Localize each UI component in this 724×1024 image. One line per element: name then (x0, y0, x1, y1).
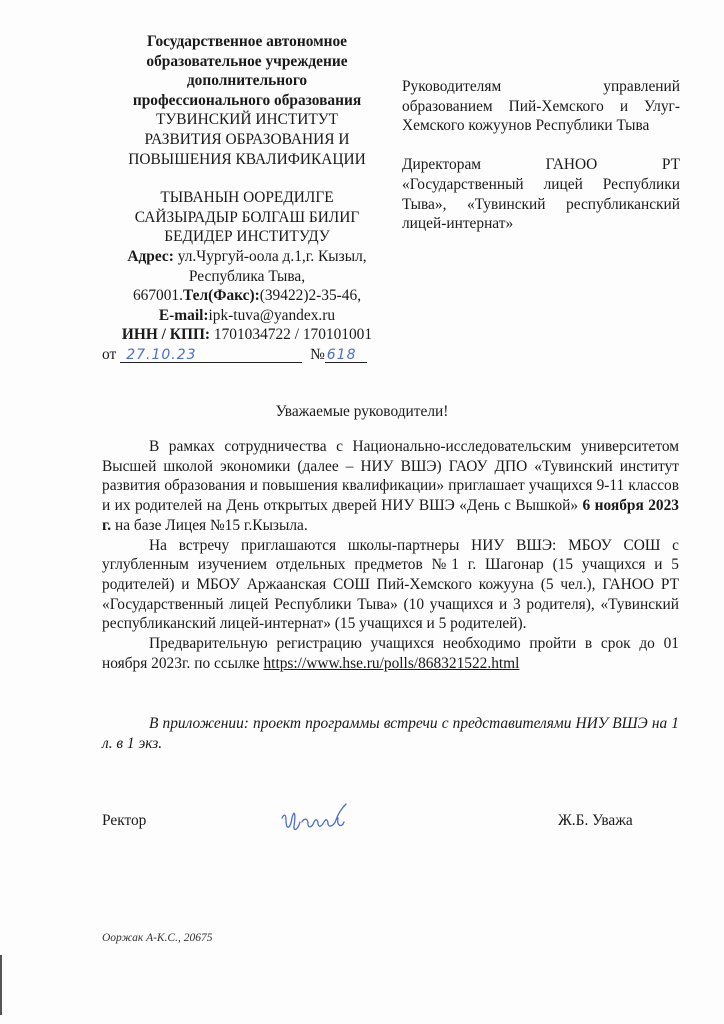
inn-label: ИНН / КПП: (122, 326, 210, 343)
recipient-2: Директорам ГАНОО РТ «Государственный лиц… (402, 155, 680, 233)
date-prefix: от (102, 346, 116, 363)
number-field: 618 (325, 345, 367, 363)
org-type-line: профессионального образования (102, 91, 392, 111)
recipient-2-rest: «Государственный лицей Республики Тыва»,… (402, 176, 680, 232)
paragraph-1: В рамках сотрудничества с Национально-ис… (102, 437, 679, 536)
address: Адрес: ул.Чургуй-оола д.1,г. Кызыл, (102, 247, 392, 267)
executor-note: Ооржак А-К.С., 20675 (102, 932, 212, 944)
org-name-line: ТУВИНСКИЙ ИНСТИТУТ (102, 110, 392, 130)
org-name-tuvan-line: ТЫВАНЫН ООРЕДИЛГЕ (102, 188, 392, 208)
registration-link[interactable]: https://www.hse.ru/polls/868321522.html (263, 655, 519, 672)
postcode: 667001. (133, 287, 183, 304)
phone: (39422)2-35-46, (260, 287, 361, 304)
org-type-line: образовательное учреждение (102, 52, 392, 72)
signer-name: Ж.Б. Уважа (558, 812, 633, 830)
recipients-block: Руководителям управлений образованием Пи… (402, 77, 680, 234)
scan-edge (0, 955, 2, 1015)
org-name-tuvan-line: САЙЗЫРАДЫР БОЛГАШ БИЛИГ (102, 208, 392, 228)
recipient-1: Руководителям управлений образованием Пи… (402, 77, 680, 136)
inn-line: ИНН / КПП: 1701034722 / 170101001 (102, 325, 392, 345)
registration-line: от27.10.23 №618 (102, 345, 392, 365)
org-name-line: ПОВЫШЕНИЯ КВАЛИФИКАЦИИ (102, 150, 392, 170)
attachment-note: В приложении: проект программы встречи с… (102, 714, 679, 753)
email-line: E-mail:ipk-tuva@yandex.ru (102, 306, 392, 326)
number-prefix: № (310, 346, 325, 363)
phone-label: Тел(Факс): (183, 287, 260, 304)
letter-body: В рамках сотрудничества с Национально-ис… (102, 437, 679, 673)
org-type-line: Государственное автономное (102, 32, 392, 52)
address-line2: Республика Тыва, (102, 267, 392, 287)
recipient-1-first-line: Руководителям управлений (402, 77, 680, 97)
greeting: Уважаемые руководители! (0, 403, 724, 421)
date-field: 27.10.23 (120, 345, 302, 363)
org-name-line: РАЗВИТИЯ ОБРАЗОВАНИЯ И (102, 130, 392, 150)
email-label: E-mail: (159, 307, 209, 324)
inn-value: 1701034722 / 170101001 (210, 326, 372, 343)
handwritten-signature-icon (272, 800, 362, 840)
paragraph-2: На встречу приглашаются школы-партнеры Н… (102, 536, 679, 635)
recipient-2-first-line: Директорам ГАНОО РТ (402, 155, 680, 175)
sender-block: Государственное автономное образовательн… (102, 32, 392, 365)
email[interactable]: ipk-tuva@yandex.ru (209, 307, 336, 324)
address-label: Адрес: (127, 248, 173, 265)
recipient-1-rest: образованием Пий-Хемского и Улуг-Хемског… (402, 98, 680, 135)
address-line1: ул.Чургуй-оола д.1,г. Кызыл, (174, 248, 367, 265)
org-name-tuvan-line: БЕДИДЕР ИНСТИТУДУ (102, 227, 392, 247)
phone-line: 667001.Тел(Факс):(39422)2-35-46, (102, 286, 392, 306)
paragraph-3: Предварительную регистрацию учащихся нео… (102, 634, 679, 673)
org-type-line: дополнительного (102, 71, 392, 91)
handwritten-number: 618 (327, 347, 357, 363)
handwritten-date: 27.10.23 (126, 347, 196, 363)
signer-title: Ректор (102, 812, 146, 830)
